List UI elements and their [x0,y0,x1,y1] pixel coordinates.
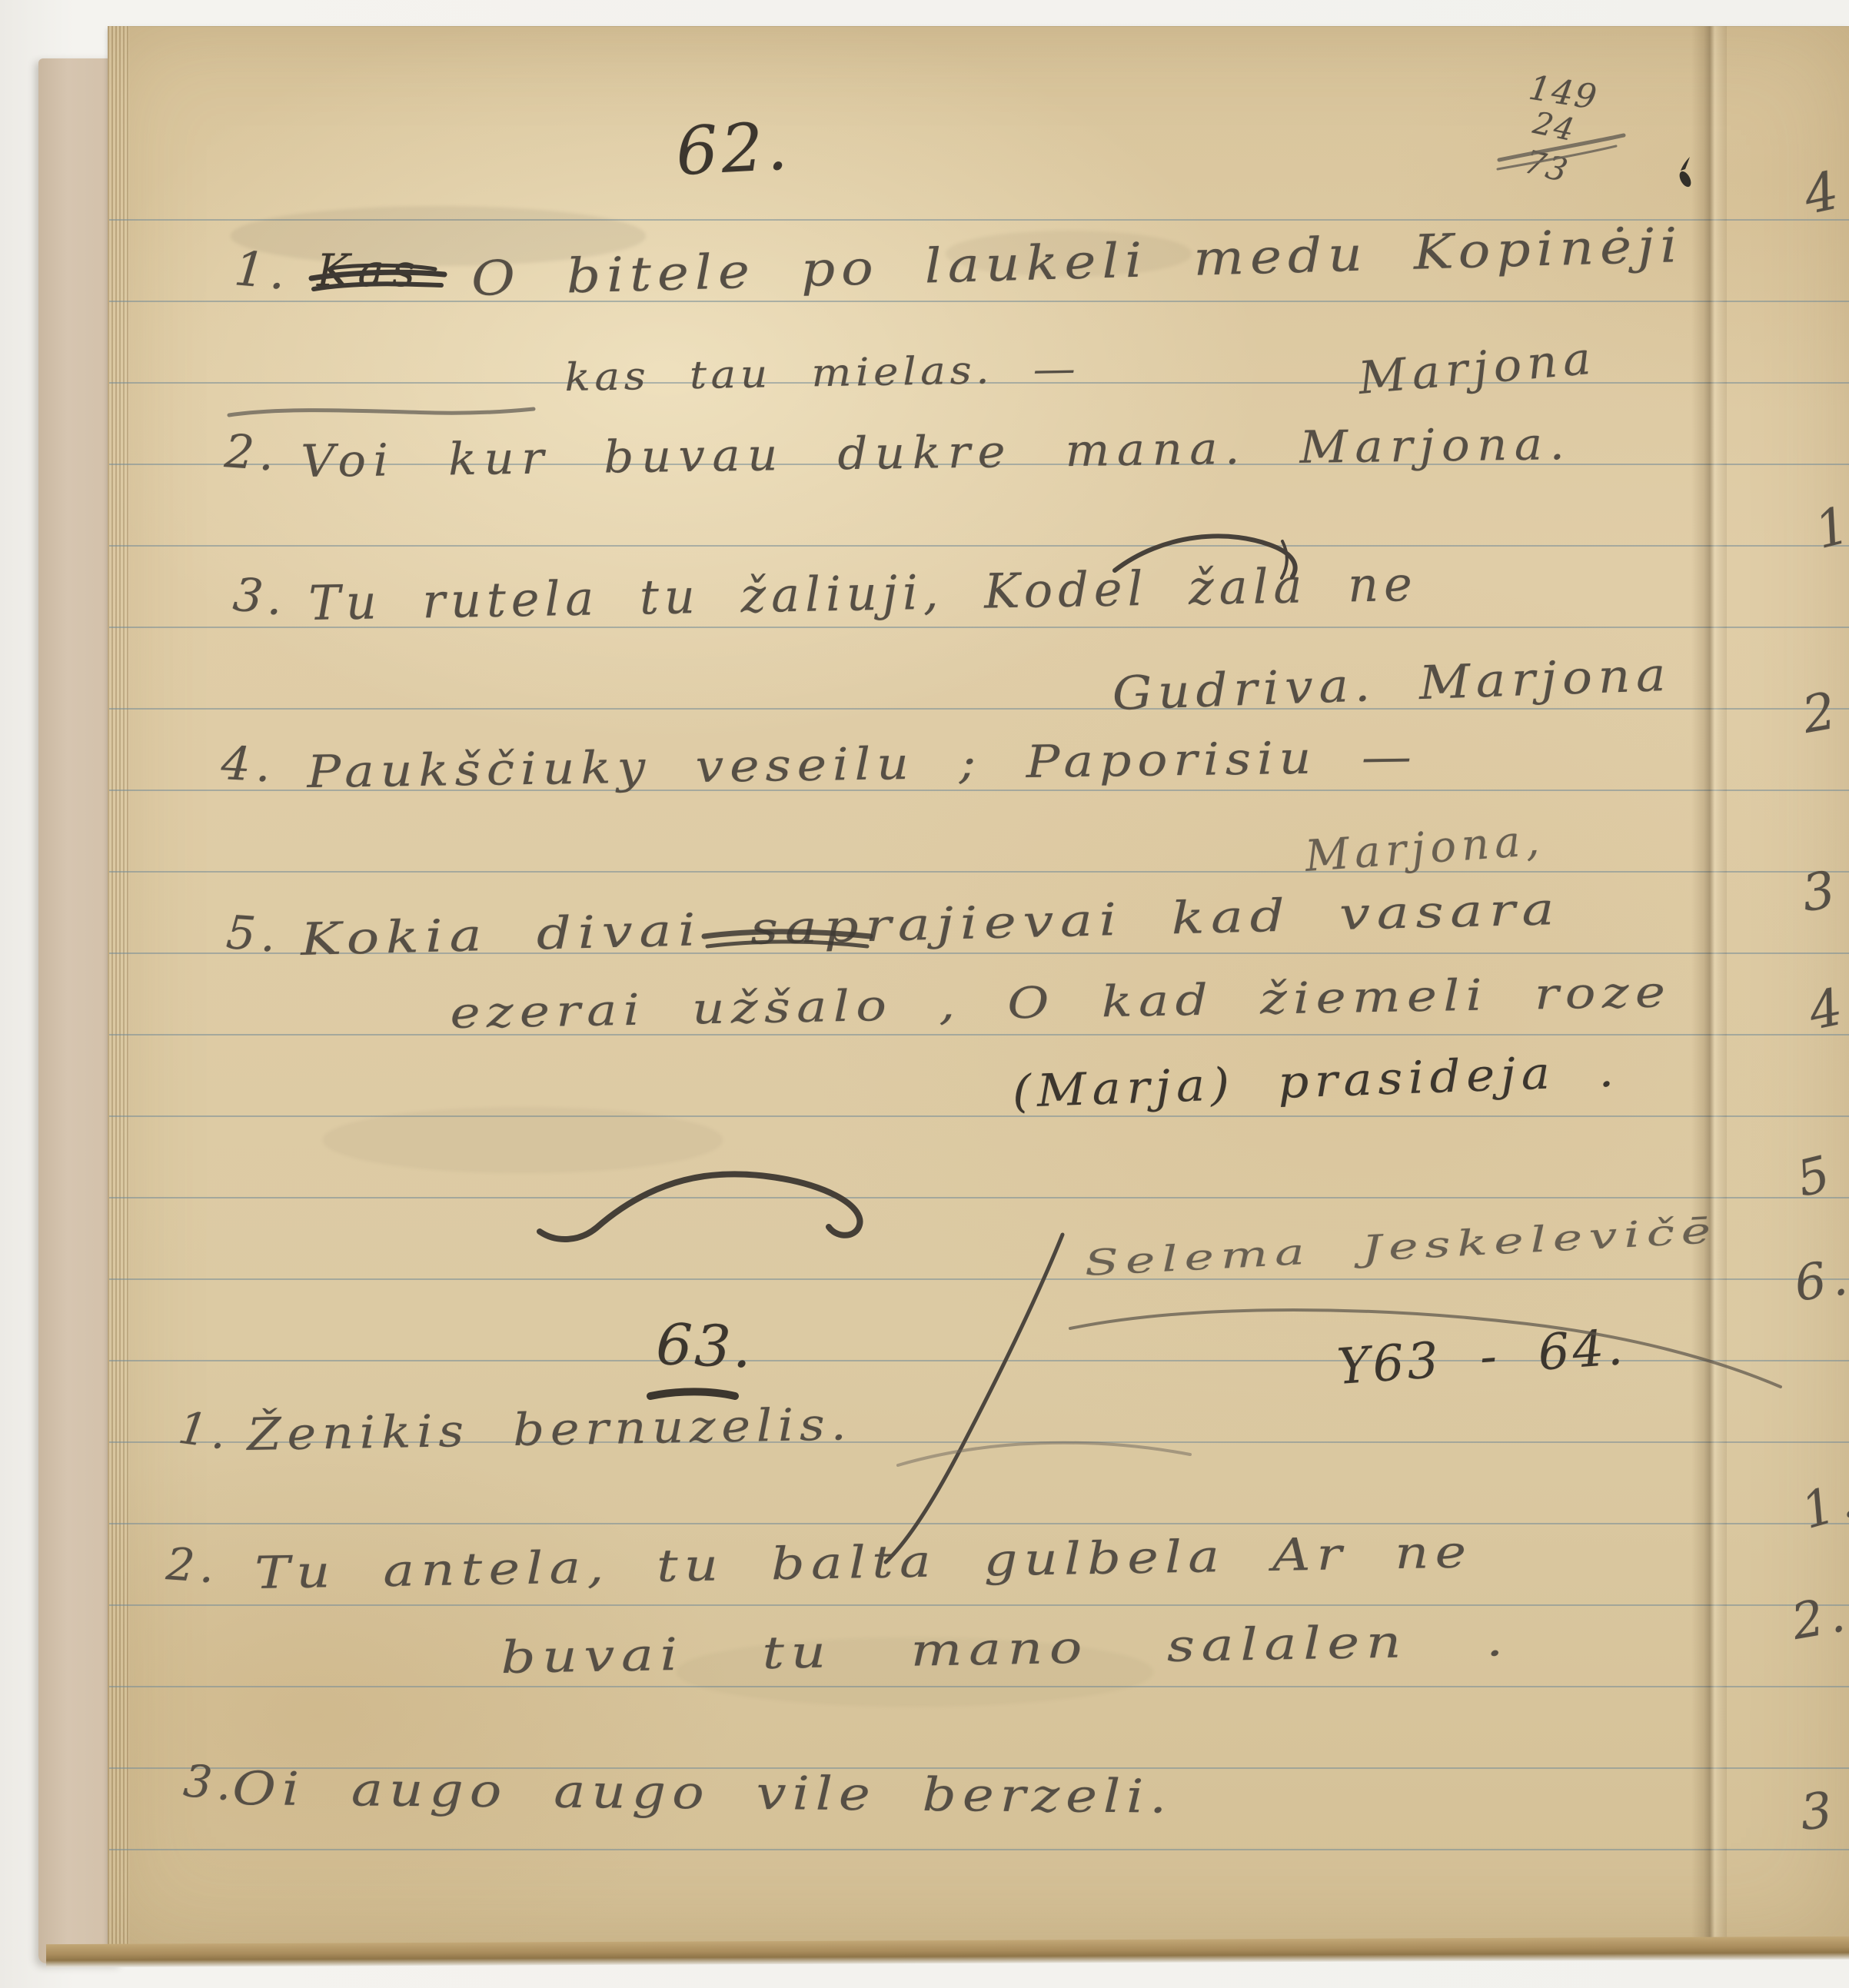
entry-63-1-number: 1. [175,1401,235,1461]
entry-63-3-text: Oi augo augo vile berzeli. [232,1762,1173,1824]
gutter-fold [1691,26,1727,1945]
smudge [323,1107,723,1173]
section-63-heading: 63. [655,1311,755,1381]
entry-62-2-number: 2. [223,424,281,482]
entry-63-1-text: Ženikis bernuzelis. [247,1398,853,1461]
entry-62-1-continuation: kas tau mielas. — [564,346,1080,400]
entry-62-3-number: 3. [231,567,291,627]
entry-63-2-number: 2. [165,1538,221,1594]
entry-62-1-number: 1. [232,240,293,301]
entry-62-1-crossed-out: Kas [317,244,423,297]
facing-page-number: 3 [1798,859,1844,923]
facing-page-number: 2. [1787,1585,1849,1651]
notebook-scan: { "document": { "type": "handwritten not… [0,0,1849,1988]
section-62-heading: 62. [674,108,793,191]
facing-page-number: 6. [1791,1248,1849,1313]
entry-62-4-number: 4. [220,736,278,793]
facing-page-number: 3 [1797,1781,1840,1842]
entry-62-5-number: 5. [224,906,283,963]
entry-63-3-number: 3. [181,1754,239,1811]
